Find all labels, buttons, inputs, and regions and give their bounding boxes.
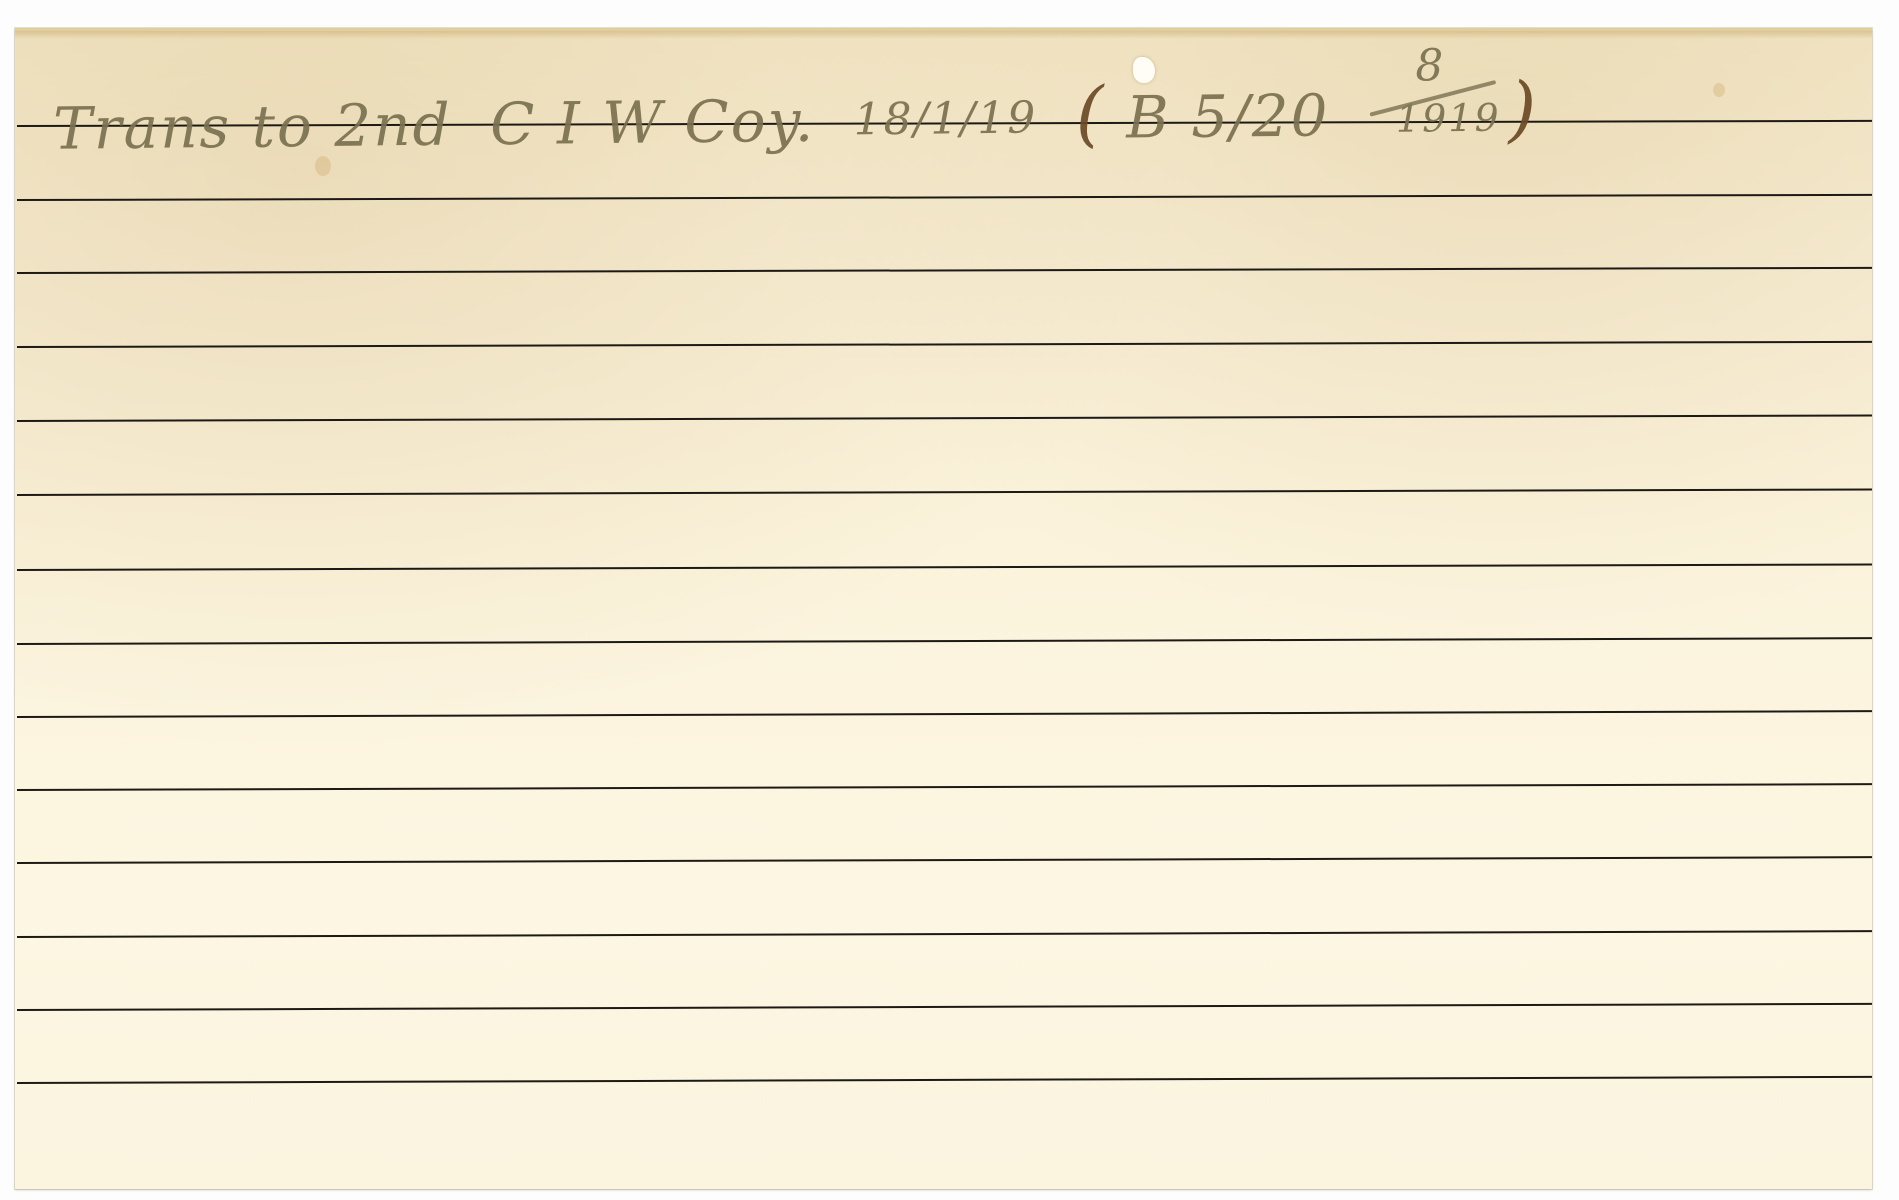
- entry-unit: C I W Coy.: [490, 87, 816, 158]
- entry-open-paren: (: [1075, 71, 1106, 155]
- ruled-line: [17, 267, 1872, 274]
- entry-close-paren: ): [1508, 66, 1539, 150]
- age-stain: [1713, 83, 1725, 97]
- ruled-line: [17, 1003, 1872, 1011]
- entry-date: 18/1/19: [853, 92, 1037, 145]
- ruled-line: [17, 1076, 1872, 1084]
- ruled-line: [17, 194, 1872, 201]
- ruled-line: [17, 341, 1872, 348]
- ruled-line: [17, 637, 1872, 645]
- ruled-line: [17, 856, 1872, 864]
- ruled-line: [17, 563, 1872, 571]
- fraction-numerator: 8: [1415, 40, 1446, 91]
- entry-reference: B 5/20: [1126, 81, 1330, 151]
- handwritten-entry: Trans to 2nd C I W Coy. 18/1/19 ( B 5/20…: [53, 61, 1539, 166]
- index-card: Trans to 2nd C I W Coy. 18/1/19 ( B 5/20…: [15, 28, 1872, 1189]
- ruled-line: [17, 930, 1872, 938]
- ruled-line: [17, 414, 1872, 422]
- entry-action: Trans to 2nd: [53, 91, 452, 163]
- entry-fraction: 8 1919: [1367, 62, 1488, 143]
- ruled-line: [17, 783, 1872, 791]
- page: Trans to 2nd C I W Coy. 18/1/19 ( B 5/20…: [0, 0, 1899, 1200]
- ruled-line: [17, 710, 1872, 718]
- ruled-line: [17, 488, 1872, 496]
- fraction-denominator: 1919: [1396, 96, 1501, 141]
